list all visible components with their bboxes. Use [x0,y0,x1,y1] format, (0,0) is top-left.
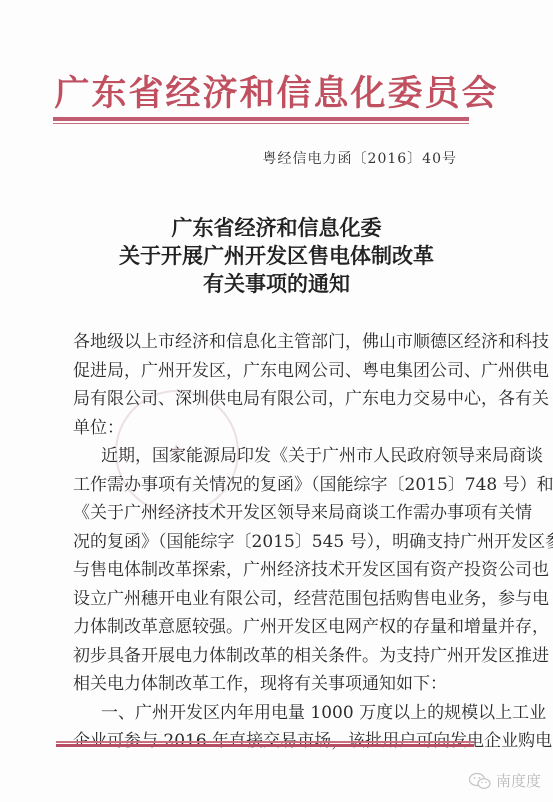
header-red-rule [53,117,469,124]
body-line: 局有限公司、深圳供电局有限公司，广东电力交易中心，各有关 [73,385,465,414]
rule-thick [56,744,474,747]
rule-thin [53,123,469,124]
document-title: 广东省经济和信息化委 关于开展广州开发区售电体制改革 有关事项的通知 [0,214,553,298]
title-line: 广东省经济和信息化委 [0,214,553,242]
body-line: 单位： [73,414,465,443]
title-line: 关于开展广州开发区售电体制改革 [0,242,553,270]
wechat-icon [468,772,492,790]
title-line: 有关事项的通知 [0,270,553,298]
footer-red-rule [56,741,474,747]
body-line: 促进局，广州开发区，广东电网公司、粤电集团公司、广州供电 [73,357,465,386]
body-line: 与售电体制改革探索，广州经济技术开发区国有资产投资公司也 [73,556,465,585]
body-line: 相关电力体制改革工作，现将有关事项通知如下： [73,670,465,699]
body-line: 《关于广州经济技术开发区领导来局商谈工作需办事项有关情 [73,499,465,528]
body-line: 一、广州开发区内年用电量 1000 万度以上的规模以上工业 [73,699,465,728]
document-number: 粤经信电力函〔2016〕40号 [263,148,457,168]
body-line: 工作需办事项有关情况的复函》（国能综字〔2015〕748 号）和 [73,471,465,500]
issuer-header: 广东省经济和信息化委员会 [0,74,553,114]
document-page: 广东省经济和信息化委员会 粤经信电力函〔2016〕40号 广东省经济和信息化委 … [0,0,553,802]
body-line: 近期，国家能源局印发《关于广州市人民政府领导来局商谈 [73,442,465,471]
body-line: 设立广州穗开电业有限公司，经营范围包括购售电业务，参与电 [73,585,465,614]
body-line: 初步具备开展电力体制改革的相关条件。为支持广州开发区推进 [73,642,465,671]
document-body: 各地级以上市经济和信息化主管部门，佛山市顺德区经济和科技 促进局，广州开发区，广… [73,328,465,756]
watermark-label: 南度度 [496,770,541,791]
body-line: 各地级以上市经济和信息化主管部门，佛山市顺德区经济和科技 [73,328,465,357]
body-line: 况的复函》（国能综字〔2015〕545 号），明确支持广州开发区参 [73,528,465,557]
body-line: 力体制改革意愿较强。广州开发区电网产权的存量和增量并存， [73,613,465,642]
wechat-watermark: 南度度 [468,770,541,791]
